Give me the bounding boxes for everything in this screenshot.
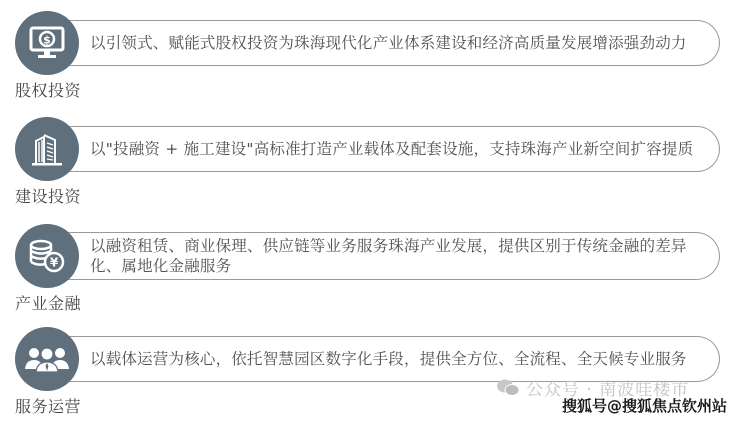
people-group-icon (15, 327, 79, 391)
item-construction-investment: 以"投融资 + 施工建设"高标准打造产业载体及配套设施，支持珠海产业新空间扩容提… (0, 106, 740, 206)
description-box: 以引领式、赋能式股权投资为珠海现代化产业体系建设和经济高质量发展增添强劲动力 (62, 20, 720, 66)
svg-text:$: $ (43, 34, 51, 47)
description-text: 以"投融资 + 施工建设"高标准打造产业载体及配套设施，支持珠海产业新空间扩容提… (90, 139, 693, 159)
description-text: 以融资租赁、商业保理、供应链等业务服务珠海产业发展，提供区别于传统金融的差异化、… (90, 236, 690, 276)
monitor-dollar-icon: $ (15, 11, 79, 75)
item-industrial-finance: 以融资租赁、商业保理、供应链等业务服务珠海产业发展，提供区别于传统金融的差异化、… (0, 213, 740, 313)
building-icon (15, 117, 79, 181)
svg-text:¥: ¥ (50, 256, 59, 270)
coins-yuan-icon: ¥ (15, 224, 79, 288)
description-box: 以"投融资 + 施工建设"高标准打造产业载体及配套设施，支持珠海产业新空间扩容提… (62, 126, 720, 172)
item-equity-investment: 以引领式、赋能式股权投资为珠海现代化产业体系建设和经济高质量发展增添强劲动力 $… (0, 0, 740, 100)
item-label: 股权投资 (15, 78, 81, 101)
description-box: 以融资租赁、商业保理、供应链等业务服务珠海产业发展，提供区别于传统金融的差异化、… (62, 232, 720, 280)
wechat-icon (496, 378, 520, 398)
sohu-watermark: 搜狐号@搜狐焦点钦州站 (562, 395, 727, 416)
item-label: 建设投资 (15, 184, 81, 207)
description-text: 以载体运营为核心，依托智慧园区数字化手段，提供全方位、全流程、全天候专业服务 (90, 349, 687, 369)
item-label: 服务运营 (15, 394, 81, 417)
item-label: 产业金融 (15, 291, 81, 314)
description-text: 以引领式、赋能式股权投资为珠海现代化产业体系建设和经济高质量发展增添强劲动力 (90, 33, 687, 53)
